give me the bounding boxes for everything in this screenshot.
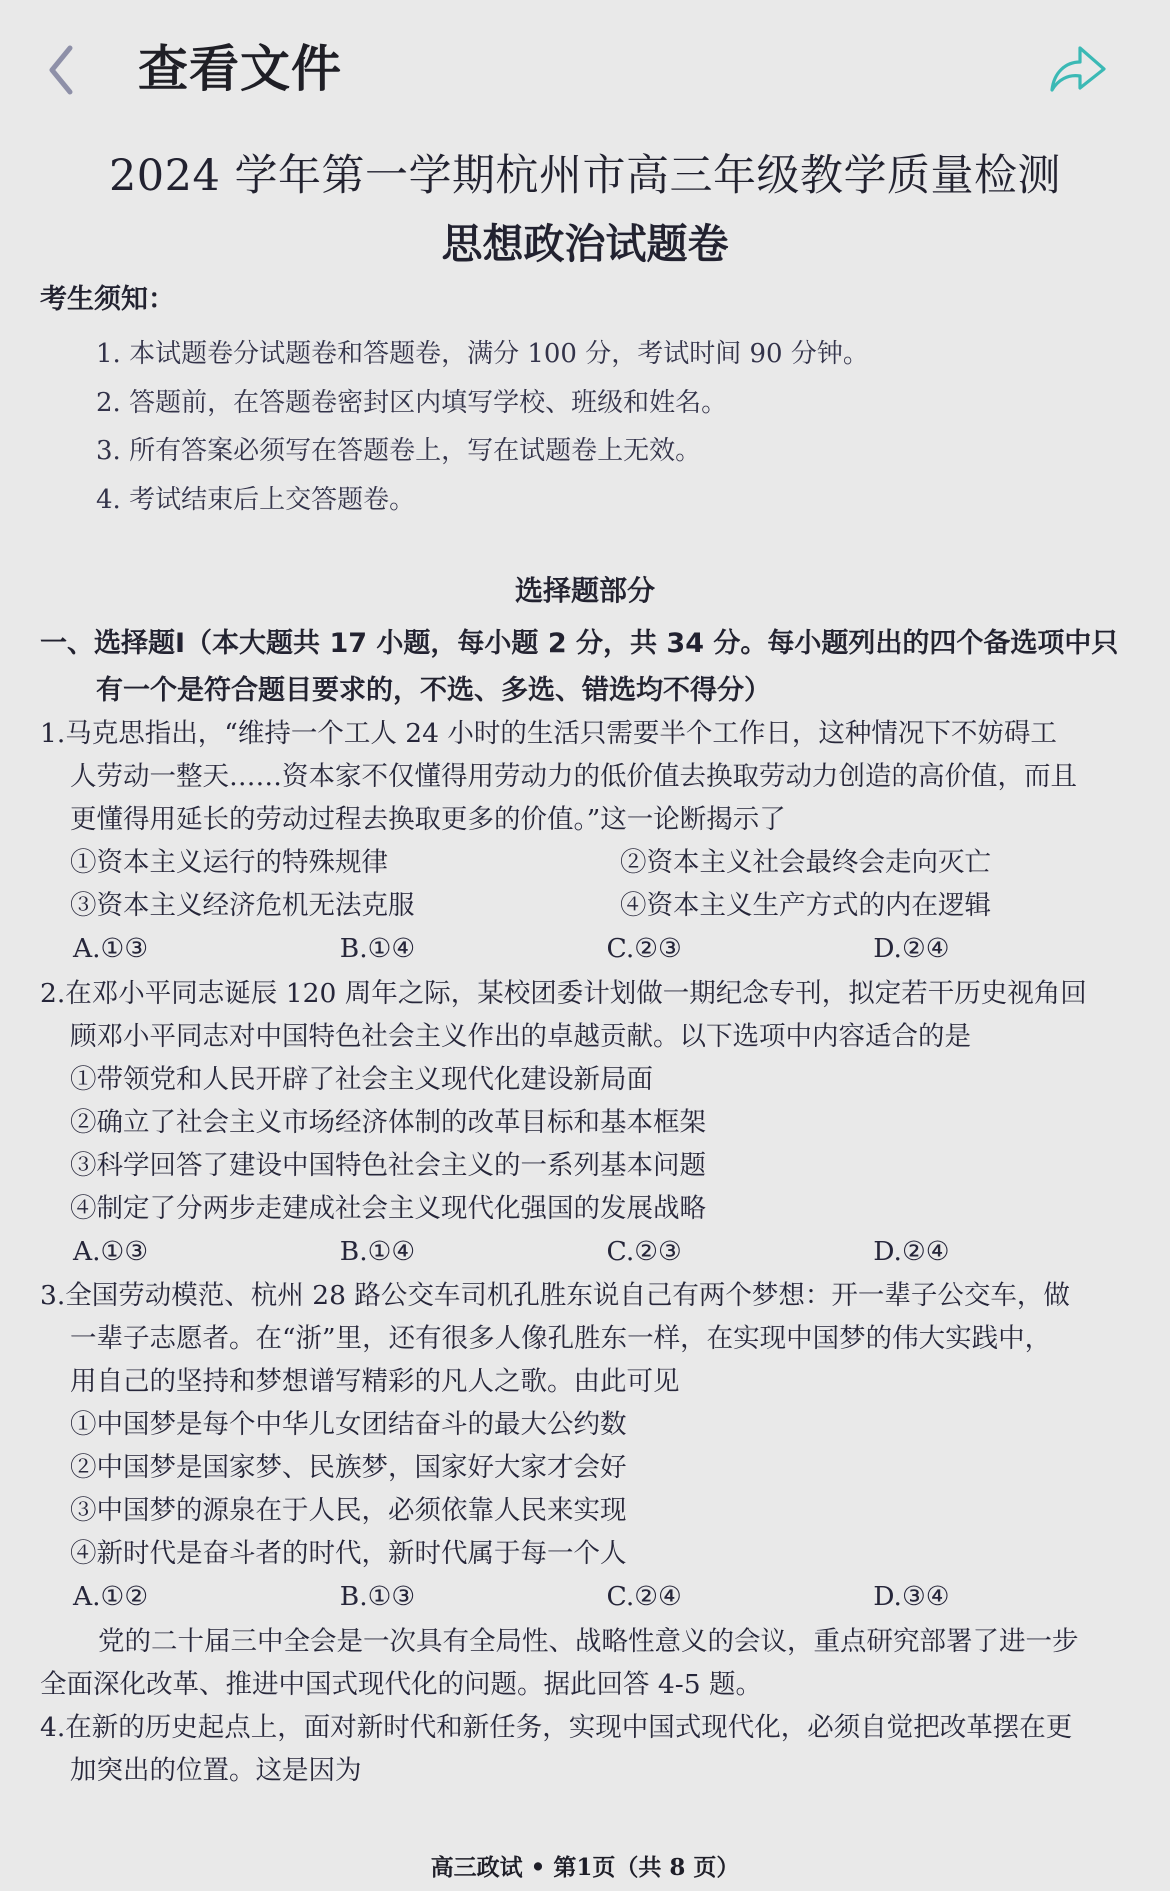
notice-list: 1. 本试题卷分试题卷和答题卷，满分 100 分，考试时间 90 分钟。 2. … (96, 330, 869, 524)
choice-a: A.①② (73, 1575, 340, 1618)
question-stem-line: 一辈子志愿者。在“浙”里，还有很多人像孔胜东一样，在实现中国梦的伟大实践中， (40, 1317, 1140, 1360)
chevron-left-icon (40, 42, 80, 98)
question-number: 2. (40, 978, 65, 1009)
preface-line: 全面深化改革、推进中国式现代化的问题。据此回答 4-5 题。 (40, 1663, 1150, 1706)
share-button[interactable] (1046, 42, 1110, 96)
question-stem-line: 用自己的坚持和梦想谱写精彩的凡人之歌。由此可见 (40, 1360, 1140, 1403)
back-button[interactable] (40, 42, 80, 98)
statement: ①中国梦是每个中华儿女团结奋斗的最大公约数 (40, 1403, 1140, 1446)
choice-d: D.③④ (873, 1575, 1140, 1618)
section-instructions: 一、选择题Ⅰ（本大题共 17 小题，每小题 2 分，共 34 分。每小题列出的四… (40, 620, 1150, 714)
material-preface: 党的二十届三中全会是一次具有全局性、战略性意义的会议，重点研究部署了进一步 全面… (40, 1620, 1150, 1706)
question-1: 1.马克思指出，“维持一个工人 24 小时的生活只需要半个工作日，这种情况下不妨… (40, 712, 1140, 970)
preface-line: 党的二十届三中全会是一次具有全局性、战略性意义的会议，重点研究部署了进一步 (40, 1620, 1150, 1663)
question-stem-line: 更懂得用延长的劳动过程去换取更多的价值。”这一论断揭示了 (40, 798, 1140, 841)
notice-item: 4. 考试结束后上交答题卷。 (96, 476, 869, 525)
question-stem-line: 加突出的位置。这是因为 (40, 1749, 1140, 1792)
choice-b: B.①④ (340, 927, 607, 970)
statement: ②确立了社会主义市场经济体制的改革目标和基本框架 (40, 1101, 1140, 1144)
document-subtitle: 思想政治试题卷 (0, 216, 1170, 272)
question-4: 4.在新的历史起点上，面对新时代和新任务，实现中国式现代化，必须自觉把改革摆在更… (40, 1706, 1140, 1792)
question-number: 4. (40, 1712, 65, 1743)
statement: ③资本主义经济危机无法克服 (40, 884, 590, 927)
notice-item: 2. 答题前，在答题卷密封区内填写学校、班级和姓名。 (96, 379, 869, 428)
choice-c: C.②③ (607, 927, 874, 970)
document-title: 2024 学年第一学期杭州市高三年级教学质量检测 (0, 148, 1170, 204)
instructions-line: 一、选择题Ⅰ（本大题共 17 小题，每小题 2 分，共 34 分。每小题列出的四… (40, 628, 1118, 659)
choice-a: A.①③ (73, 1230, 340, 1273)
statement: ②资本主义社会最终会走向灭亡 (590, 841, 1140, 884)
statement: ④资本主义生产方式的内在逻辑 (590, 884, 1140, 927)
question-stem-line: 人劳动一整天……资本家不仅懂得用劳动力的低价值去换取劳动力创造的高价值，而且 (40, 755, 1140, 798)
statement: ③中国梦的源泉在于人民，必须依靠人民来实现 (40, 1489, 1140, 1532)
question-2: 2.在邓小平同志诞辰 120 周年之际，某校团委计划做一期纪念专刊，拟定若干历史… (40, 972, 1140, 1273)
question-number: 1. (40, 718, 65, 749)
statement: ③科学回答了建设中国特色社会主义的一系列基本问题 (40, 1144, 1140, 1187)
statement: ①资本主义运行的特殊规律 (40, 841, 590, 884)
notice-heading: 考生须知： (40, 280, 175, 320)
question-stem-line: 全国劳动模范、杭州 28 路公交车司机孔胜东说自己有两个梦想：开一辈子公交车，做 (65, 1280, 1070, 1311)
choice-c: C.②④ (607, 1575, 874, 1618)
notice-item: 1. 本试题卷分试题卷和答题卷，满分 100 分，考试时间 90 分钟。 (96, 330, 869, 379)
statement: ④新时代是奋斗者的时代，新时代属于每一个人 (40, 1532, 1140, 1575)
choice-b: B.①④ (340, 1230, 607, 1273)
statement: ④制定了分两步走建成社会主义现代化强国的发展战略 (40, 1187, 1140, 1230)
statement: ②中国梦是国家梦、民族梦，国家好大家才会好 (40, 1446, 1140, 1489)
question-stem-line: 在新的历史起点上，面对新时代和新任务，实现中国式现代化，必须自觉把改革摆在更 (65, 1712, 1072, 1743)
share-forward-icon (1046, 42, 1110, 96)
notice-item: 3. 所有答案必须写在答题卷上，写在试题卷上无效。 (96, 427, 869, 476)
question-number: 3. (40, 1280, 65, 1311)
choice-d: D.②④ (873, 1230, 1140, 1273)
question-stem-line: 在邓小平同志诞辰 120 周年之际，某校团委计划做一期纪念专刊，拟定若干历史视角… (65, 978, 1086, 1009)
page-title: 查看文件 (138, 38, 342, 100)
question-stem-line: 顾邓小平同志对中国特色社会主义作出的卓越贡献。以下选项中内容适合的是 (40, 1015, 1140, 1058)
choice-b: B.①③ (340, 1575, 607, 1618)
question-3: 3.全国劳动模范、杭州 28 路公交车司机孔胜东说自己有两个梦想：开一辈子公交车… (40, 1274, 1140, 1618)
choice-c: C.②③ (607, 1230, 874, 1273)
page-footer: 高三政试 • 第1页（共 8 页） (0, 1852, 1170, 1884)
top-bar: 查看文件 (0, 0, 1170, 140)
choice-a: A.①③ (73, 927, 340, 970)
question-stem-line: 马克思指出，“维持一个工人 24 小时的生活只需要半个工作日，这种情况下不妨碍工 (65, 718, 1057, 749)
instructions-line: 有一个是符合题目要求的，不选、多选、错选均不得分） (40, 667, 1150, 714)
choice-d: D.②④ (873, 927, 1140, 970)
section-title: 选择题部分 (0, 570, 1170, 612)
statement: ①带领党和人民开辟了社会主义现代化建设新局面 (40, 1058, 1140, 1101)
